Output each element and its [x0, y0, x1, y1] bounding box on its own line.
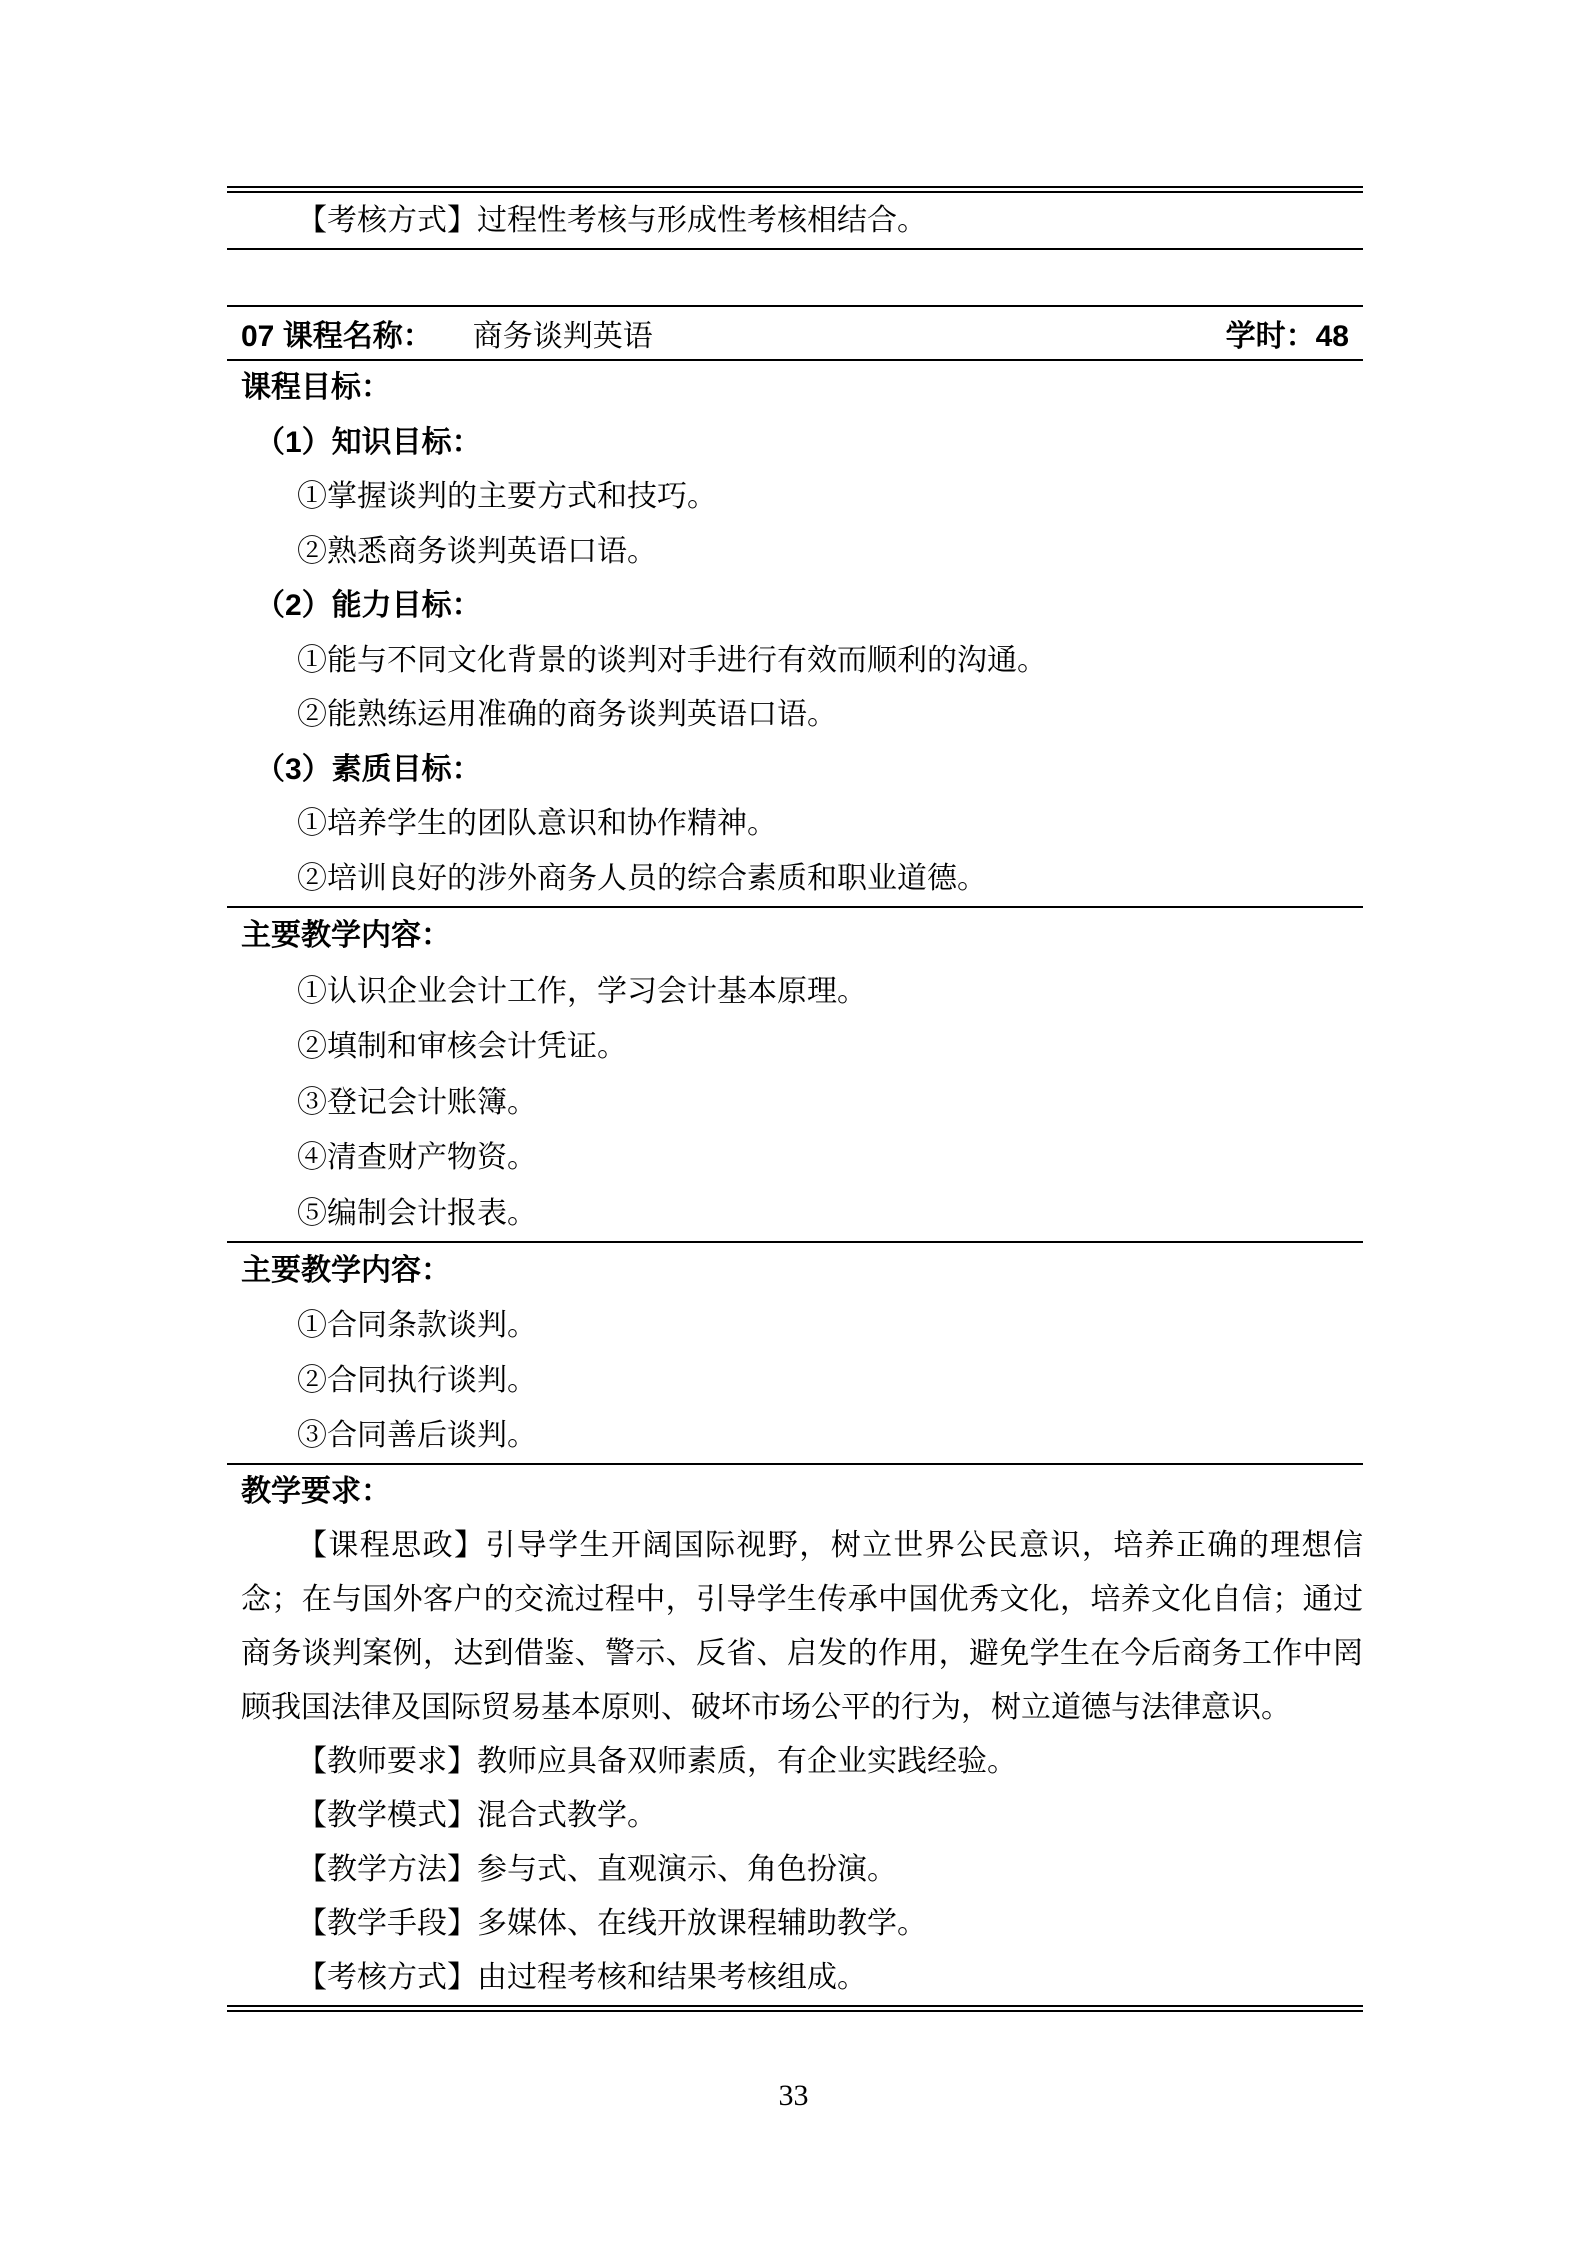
- teaching-content-section-1: 主要教学内容： ①认识企业会计工作，学习会计基本原理。 ②填制和审核会计凭证。 …: [227, 908, 1363, 1241]
- document-page: 【考核方式】过程性考核与形成性考核相结合。 07 课程名称：商务谈判英语 学时：…: [0, 0, 1587, 2245]
- teaching-content-item: ③登记会计账簿。: [227, 1075, 1363, 1131]
- teaching-content-item: ③合同善后谈判。: [227, 1408, 1363, 1463]
- objective-item: ①培养学生的团队意识和协作精神。: [227, 797, 1363, 852]
- requirement-assessment: 【考核方式】由过程考核和结果考核组成。: [227, 1951, 1363, 2005]
- requirement-means: 【教学手段】多媒体、在线开放课程辅助教学。: [227, 1897, 1363, 1951]
- course-hours: 学时：48: [1226, 311, 1349, 355]
- table-gap: [227, 250, 1363, 305]
- teaching-content-item: ④清查财产物资。: [227, 1130, 1363, 1186]
- prev-assessment-text: 【考核方式】过程性考核与形成性考核相结合。: [227, 193, 1363, 248]
- teaching-content-item: ②填制和审核会计凭证。: [227, 1019, 1363, 1075]
- teaching-content-2-title: 主要教学内容：: [227, 1243, 1363, 1298]
- page-number: 33: [0, 2080, 1587, 2112]
- course-title-group: 07 课程名称：商务谈判英语: [241, 311, 653, 355]
- objective-group-label-knowledge: （1）知识目标：: [227, 416, 1363, 471]
- objective-group-label-ability: （2）能力目标：: [227, 579, 1363, 634]
- course-name: 商务谈判英语: [473, 320, 653, 353]
- document-table: 【考核方式】过程性考核与形成性考核相结合。 07 课程名称：商务谈判英语 学时：…: [227, 186, 1363, 2012]
- table-bottom-double-rule: [227, 2005, 1363, 2012]
- teaching-requirements-section: 教学要求： 【课程思政】引导学生开阔国际视野，树立世界公民意识，培养正确的理想信…: [227, 1465, 1363, 2005]
- teaching-content-section-2: 主要教学内容： ①合同条款谈判。 ②合同执行谈判。 ③合同善后谈判。: [227, 1243, 1363, 1463]
- course-number-label: 07 课程名称：: [241, 320, 433, 353]
- course-objectives-section: 课程目标： （1）知识目标： ①掌握谈判的主要方式和技巧。 ②熟悉商务谈判英语口…: [227, 361, 1363, 906]
- table-top-double-rule: [227, 186, 1363, 193]
- teaching-content-item: ①认识企业会计工作，学习会计基本原理。: [227, 964, 1363, 1020]
- course-header-row: 07 课程名称：商务谈判英语 学时：48: [227, 307, 1363, 359]
- objective-item: ②培训良好的涉外商务人员的综合素质和职业道德。: [227, 852, 1363, 907]
- teaching-content-item: ⑤编制会计报表。: [227, 1186, 1363, 1242]
- objective-group-label-quality: （3）素质目标：: [227, 743, 1363, 798]
- requirement-method: 【教学方法】参与式、直观演示、角色扮演。: [227, 1843, 1363, 1897]
- teaching-content-item: ②合同执行谈判。: [227, 1353, 1363, 1408]
- teaching-content-item: ①合同条款谈判。: [227, 1298, 1363, 1353]
- requirement-ideology-paragraph: 【课程思政】引导学生开阔国际视野，树立世界公民意识，培养正确的理想信念；在与国外…: [227, 1519, 1363, 1735]
- requirement-mode: 【教学模式】混合式教学。: [227, 1789, 1363, 1843]
- objectives-title: 课程目标：: [227, 361, 1363, 416]
- teaching-content-1-title: 主要教学内容：: [227, 908, 1363, 964]
- objective-item: ①掌握谈判的主要方式和技巧。: [227, 470, 1363, 525]
- objective-item: ②能熟练运用准确的商务谈判英语口语。: [227, 688, 1363, 743]
- teaching-requirements-title: 教学要求：: [227, 1465, 1363, 1519]
- prev-course-assessment-row: 【考核方式】过程性考核与形成性考核相结合。: [227, 193, 1363, 248]
- objective-item: ①能与不同文化背景的谈判对手进行有效而顺利的沟通。: [227, 634, 1363, 689]
- objective-item: ②熟悉商务谈判英语口语。: [227, 525, 1363, 580]
- requirement-teacher: 【教师要求】教师应具备双师素质，有企业实践经验。: [227, 1735, 1363, 1789]
